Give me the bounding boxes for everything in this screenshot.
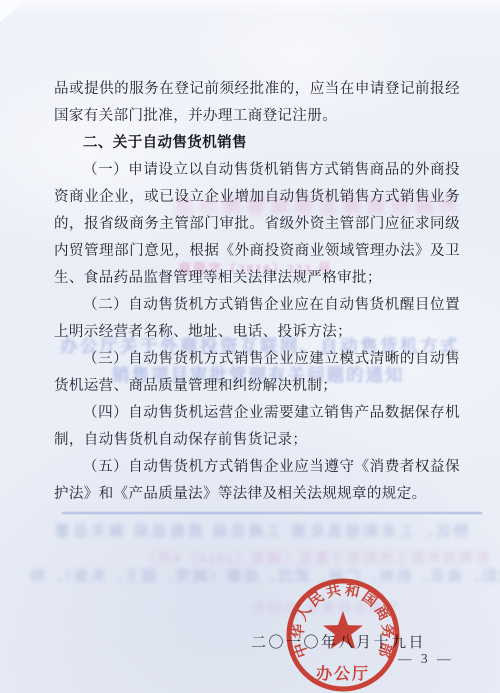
document-body: 品或提供的服务在登记前须经批准的，应当在申请登记前报经国家有关部门批准，并办理工… xyxy=(54,76,460,508)
seal-bottom-text: 办公厅 xyxy=(316,665,370,683)
bleed-through-mirrored-line1: 特区、工业和信息化部 工商总局 质检总局 海关总署 xyxy=(52,520,468,541)
bleed-through-mirrored-line2: 好利用外资工作的若干意见（国发〔2010〕9号） xyxy=(140,548,489,568)
bleed-through-rule xyxy=(62,512,482,514)
paragraph-continuation: 品或提供的服务在登记前须经批准的，应当在申请登记前报经国家有关部门批准，并办理工… xyxy=(54,76,460,130)
seal-star-icon xyxy=(323,611,363,649)
paragraph-item-5: （五）自动售货机方式销售企业应当遵守《消费者权益保护法》和《产品质量法》等法律及… xyxy=(54,454,460,508)
paragraph-item-3: （三）自动售货机方式销售企业应建立模式清晰的自动售货机运营、商品质量管理和纠纷解… xyxy=(54,346,460,400)
scanned-document-page: 外商投资商业领域管理办法 商资字（2010）322 号 办公厅关于外商投资互联网… xyxy=(0,0,500,693)
corner-fold xyxy=(0,0,26,22)
paper-texture-top xyxy=(0,0,500,14)
official-seal: 中华人民共和国商务部 办公厅 xyxy=(277,569,409,693)
paragraph-item-2: （二）自动售货机方式销售企业应在自动售货机醒目位置上明示经营者名称、地址、电话、… xyxy=(54,292,460,346)
bleed-through-mirrored-line3: 沈阳、南京、杭州、广州、武汉、成都（顾受、国王、朱泰）、特 xyxy=(28,565,500,586)
paragraph-item-4: （四）自动售货机运营企业需要建立销售产品数据保存机制，自动售货机自动保存前售货记… xyxy=(54,400,460,454)
paragraph-item-1: （一）申请设立以自动售货机销售方式销售商品的外商投资商业企业，或已设立企业增加自… xyxy=(54,157,460,292)
section-heading-vending-machine-sales: 二、关于自动售货机销售 xyxy=(54,130,460,157)
